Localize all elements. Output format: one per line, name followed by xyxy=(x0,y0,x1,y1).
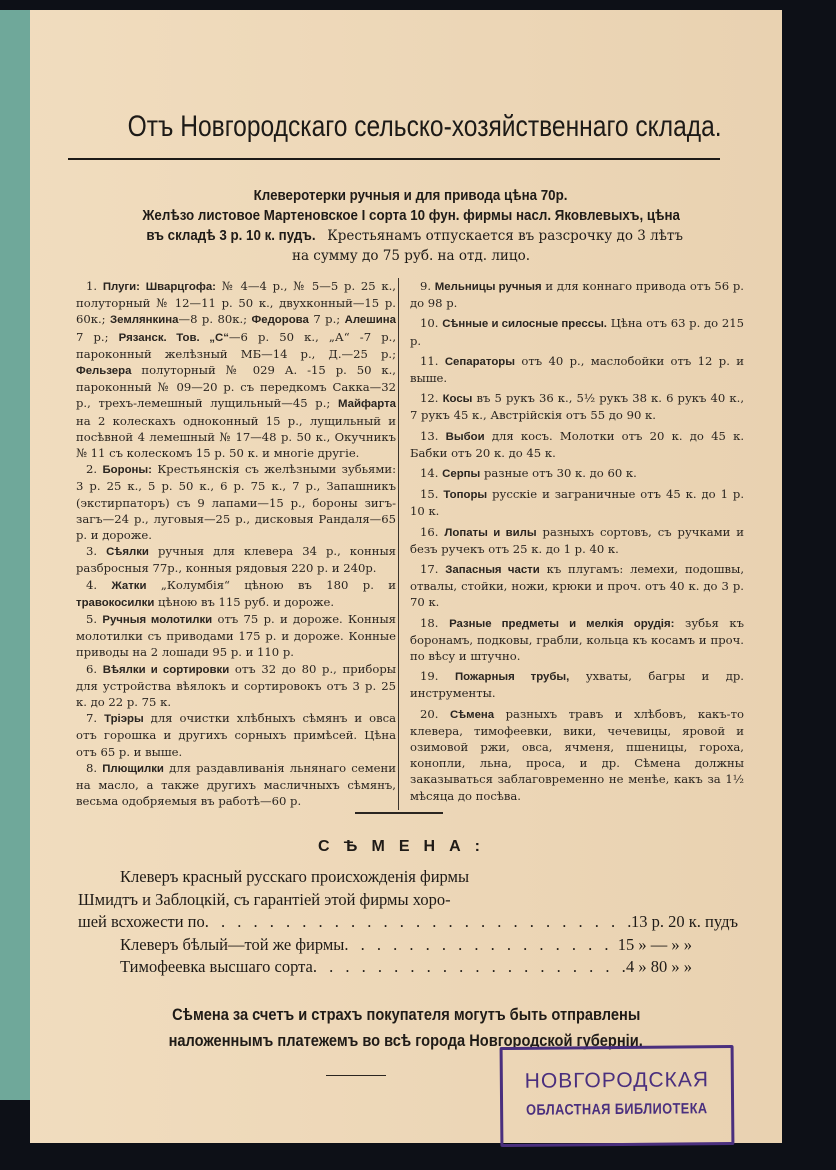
page-title: Отъ Новгородскаго сельско-хозяйственнаго… xyxy=(128,110,671,144)
price-item: 5. Ручныя молотилки отъ 75 р. и дороже. … xyxy=(76,611,396,661)
price-item: 9. Мельницы ручныя и для коннаго привода… xyxy=(410,278,744,311)
price-item: 14. Серпы разные отъ 30 к. до 60 к. xyxy=(410,465,744,482)
item-number: 12. xyxy=(420,391,438,405)
stamp-line-2: ОБЛАСТНАЯ БИБЛИОТЕКА xyxy=(526,1100,708,1119)
item-number: 4. xyxy=(86,578,97,592)
item-number: 1. xyxy=(86,279,97,293)
price-item: 16. Лопаты и вилы разныхъ сортовъ, съ ру… xyxy=(410,524,744,557)
seeds-list: Клеверъ красный русскаго происхожденія ф… xyxy=(78,866,738,979)
item-text: 7 р.; xyxy=(309,312,345,326)
price-item: 18. Разные предметы и мелкія орудія: зуб… xyxy=(410,615,744,665)
seeds-heading: СѢМЕНА: xyxy=(30,838,782,856)
section-divider xyxy=(355,812,443,814)
price-item: 1. Плуги: Шварцгофа: № 4—4 р., № 5—5 р. … xyxy=(76,278,396,461)
item-name: Плющилки xyxy=(102,763,164,775)
item-number: 2. xyxy=(86,462,97,476)
item-brand: травокосилки xyxy=(76,597,154,609)
seed-price: 15 » — » » xyxy=(618,934,738,957)
item-name: Сѣнные и силосные прессы. xyxy=(442,318,607,330)
intro-block: Клеверотерки ручныя и для привода цѣна 7… xyxy=(68,186,754,266)
title-underline xyxy=(68,158,720,160)
item-name: Лопаты и вилы xyxy=(444,527,536,539)
item-name: Разные предметы и мелкія орудія: xyxy=(449,618,674,630)
item-name: Вѣялки и сортировки xyxy=(103,664,229,676)
document-page: Отъ Новгородскаго сельско-хозяйственнаго… xyxy=(30,10,782,1143)
item-brand: Шварцгофа: xyxy=(146,281,216,293)
price-item: 15. Топоры русскіе и заграничные отъ 45 … xyxy=(410,486,744,519)
item-number: 18. xyxy=(420,616,438,630)
leader-dots: . . . . . . . . . . . . . . . . . . . . … xyxy=(344,934,617,957)
intro-line-4: на сумму до 75 руб. на отд. лицо. xyxy=(292,248,530,264)
seeds-para-line-1: Клеверъ красный русскаго происхожденія ф… xyxy=(78,866,738,889)
item-number: 9. xyxy=(420,279,431,293)
item-name: Сепараторы xyxy=(445,356,515,368)
item-number: 14. xyxy=(420,466,438,480)
intro-line-1: Клеверотерки ручныя и для привода цѣна 7… xyxy=(254,186,568,206)
seed-row-timothy: Тимофеевка высшаго сорта . . . . . . . .… xyxy=(78,956,738,979)
intro-line-2: Желѣзо листовое Мартеновское I сорта 10 … xyxy=(142,206,680,226)
item-number: 13. xyxy=(420,429,438,443)
seed-name: шей всхожести по xyxy=(78,911,205,934)
item-number: 16. xyxy=(420,525,438,539)
item-number: 11. xyxy=(420,354,438,368)
price-item: 17. Запасныя части къ плугамъ: лемехи, п… xyxy=(410,561,744,611)
item-number: 6. xyxy=(86,662,97,676)
item-number: 15. xyxy=(420,487,438,501)
right-column: 9. Мельницы ручныя и для коннаго привода… xyxy=(410,278,744,808)
item-name: Бороны: xyxy=(102,464,151,476)
item-number: 7. xyxy=(86,711,97,725)
item-text: цѣною въ 115 руб. и дороже. xyxy=(154,595,334,609)
price-item: 10. Сѣнные и силосные прессы. Цѣна отъ 6… xyxy=(410,315,744,348)
item-name: Сѣмена xyxy=(450,709,494,721)
intro-line-3-bold: въ складѣ 3 р. 10 к. пудъ. xyxy=(146,226,315,246)
left-column: 1. Плуги: Шварцгофа: № 4—4 р., № 5—5 р. … xyxy=(76,278,396,810)
shipping-note-line-1: Сѣмена за счетъ и страхъ покупателя могу… xyxy=(172,1002,640,1028)
seed-row-white-clover: Клеверъ бѣлый—той же фирмы . . . . . . .… xyxy=(78,934,738,957)
item-number: 20. xyxy=(420,707,438,721)
price-item: 8. Плющилки для раздавливанія льнянаго с… xyxy=(76,760,396,810)
item-brand: Майфарта xyxy=(338,398,396,410)
item-number: 19. xyxy=(420,669,438,683)
bottom-divider xyxy=(326,1075,386,1076)
price-item: 12. Косы въ 5 рукъ 36 к., 5½ рукъ 38 к. … xyxy=(410,390,744,423)
price-item: 6. Вѣялки и сортировки отъ 32 до 80 р., … xyxy=(76,661,396,711)
item-number: 8. xyxy=(86,761,97,775)
item-name: Жатки xyxy=(111,580,146,592)
item-name: Тріэры xyxy=(104,713,144,725)
price-item: 20. Сѣмена разныхъ травъ и хлѣбовъ, какъ… xyxy=(410,706,744,804)
item-name: Пожарныя трубы, xyxy=(455,671,569,683)
leader-dots: . . . . . . . . . . . . . . . . . . . . … xyxy=(313,956,626,979)
intro-line-3-rest: Крестьянамъ отпускается въ разсрочку до … xyxy=(323,228,683,244)
price-item: 13. Выбои для косъ. Молотки отъ 20 к. до… xyxy=(410,428,744,461)
item-text: 7 р.; xyxy=(76,330,119,344)
stamp-line-1: НОВГОРОДСКАЯ xyxy=(503,1068,731,1094)
item-name: Выбои xyxy=(446,431,485,443)
price-item: 7. Тріэры для очистки хлѣбныхъ сѣмянъ и … xyxy=(76,710,396,760)
column-divider xyxy=(398,278,399,810)
item-name: Запасныя части xyxy=(445,564,539,576)
item-name: Сѣялки xyxy=(106,546,149,558)
item-brand: Алешина xyxy=(345,314,396,326)
seeds-para-line-2: Шмидтъ и Заблоцкій, съ гарантіей этой фи… xyxy=(78,889,738,912)
item-name: Топоры xyxy=(443,489,487,501)
price-item: 19. Пожарныя трубы, ухваты, багры и др. … xyxy=(410,668,744,701)
seed-row-red-clover: шей всхожести по . . . . . . . . . . . .… xyxy=(78,911,738,934)
price-item: 2. Бороны: Крестьянскія съ желѣзными зуб… xyxy=(76,461,396,543)
teal-page-edge xyxy=(0,10,31,1100)
item-text: на 2 колескахъ одноконный 15 р., лущильн… xyxy=(76,414,396,460)
price-item: 3. Сѣялки ручныя для клевера 34 р., конн… xyxy=(76,543,396,576)
leader-dots: . . . . . . . . . . . . . . . . . . . . … xyxy=(205,911,631,934)
item-brand: Землянкина xyxy=(110,314,178,326)
seed-name: Тимофеевка высшаго сорта xyxy=(120,956,313,979)
item-brand: Рязанск. Тов. „С“ xyxy=(119,332,229,344)
item-brand: Федорова xyxy=(252,314,309,326)
item-name: Плуги: xyxy=(103,281,140,293)
item-name: Серпы xyxy=(442,468,480,480)
seed-name: Клеверъ бѣлый—той же фирмы xyxy=(120,934,344,957)
price-item: 4. Жатки „Колумбія“ цѣною въ 180 р. и тр… xyxy=(76,577,396,611)
seed-price: 13 р. 20 к. пудъ xyxy=(631,911,738,934)
seed-price: 4 » 80 » » xyxy=(626,956,738,979)
item-name: Косы xyxy=(443,393,473,405)
item-number: 17. xyxy=(420,562,438,576)
item-text: —8 р. 80к.; xyxy=(178,312,251,326)
item-text: разныхъ травъ и хлѣбовъ, какъ-то клевера… xyxy=(410,707,744,803)
item-name: Ручныя молотилки xyxy=(102,614,212,626)
item-name: Мельницы ручныя xyxy=(435,281,542,293)
item-text: „Колумбія“ цѣною въ 180 р. и xyxy=(147,578,396,592)
library-stamp: НОВГОРОДСКАЯ ОБЛАСТНАЯ БИБЛИОТЕКА xyxy=(500,1045,735,1147)
price-item: 11. Сепараторы отъ 40 р., маслобойки отъ… xyxy=(410,353,744,386)
item-number: 5. xyxy=(86,612,97,626)
item-number: 10. xyxy=(420,316,438,330)
item-brand: Фельзера xyxy=(76,365,131,377)
item-number: 3. xyxy=(86,544,97,558)
item-text: разные отъ 30 к. до 60 к. xyxy=(480,466,637,480)
